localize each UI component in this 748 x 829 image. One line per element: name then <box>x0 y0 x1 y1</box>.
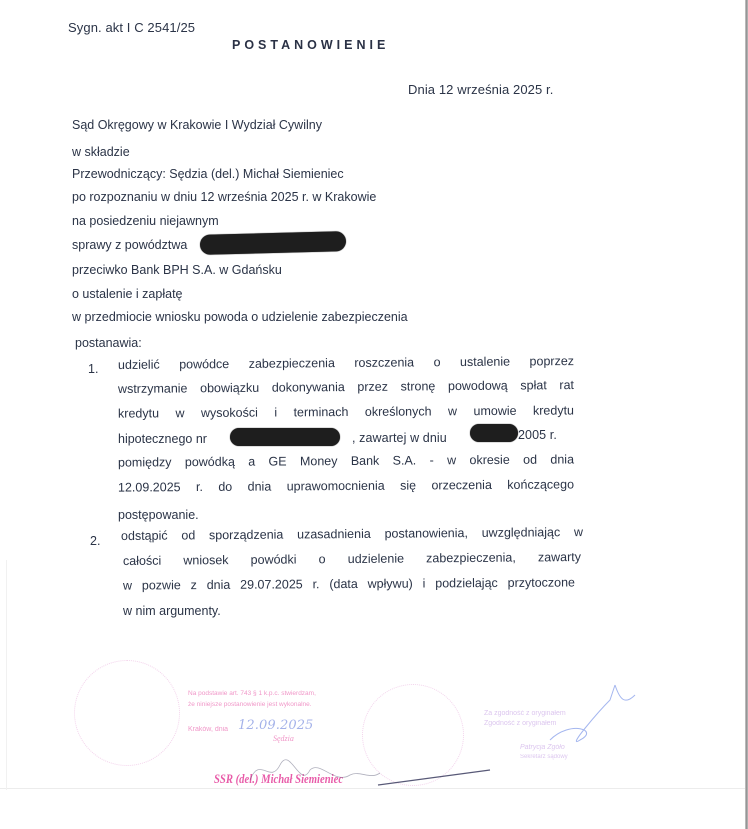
finality-date-handwritten: 12.09.2025 <box>238 718 313 733</box>
item-1-line4-end: 2005 r. <box>518 428 557 442</box>
finality-clause-line2: że niniejsze postanowienie jest wykonaln… <box>188 701 312 708</box>
item-1-line: pomiędzy powódką a GE Money Bank S.A. - … <box>118 452 574 469</box>
composition-label: w składzie <box>72 145 130 159</box>
decision-verb: postanawia: <box>75 336 142 350</box>
item-2-line: całości wniosek powódki o udzielenie zab… <box>123 550 581 568</box>
item-1-line: hipotecznego nr <box>118 432 207 446</box>
item-2-line: odstąpić od sporządzenia uzasadnienia po… <box>121 525 583 543</box>
item-1-line: postępowanie. <box>118 508 574 522</box>
redaction-contract-number <box>230 428 340 446</box>
item-1-line: udzielić powódce zabezpieczenia roszczen… <box>118 354 574 372</box>
item-1-line4-middle: , zawartej w dniu <box>352 431 447 445</box>
finality-clause-line1: Na podstawie art. 743 § 1 k.p.c. stwierd… <box>188 690 316 697</box>
document-date: Dnia 12 września 2025 r. <box>408 82 553 97</box>
court-name: Sąd Okręgowy w Krakowie I Wydział Cywiln… <box>72 118 322 132</box>
redaction-contract-date <box>470 424 518 442</box>
item-2-line: w pozwie z dnia 29.07.2025 r. (data wpły… <box>123 575 575 592</box>
defendant-line: przeciwko Bank BPH S.A. w Gdańsku <box>72 263 282 277</box>
presiding-judge: Przewodniczący: Sędzia (del.) Michał Sie… <box>72 167 344 181</box>
motion-subject: w przedmiocie wniosku powoda o udzieleni… <box>72 310 408 324</box>
item-1-line: wstrzymanie obowiązku dokonywania przez … <box>118 378 574 396</box>
session-type: na posiedzeniu niejawnym <box>72 214 219 228</box>
document-title: POSTANOWIENIE <box>232 38 389 52</box>
item-2-number: 2. <box>90 534 100 548</box>
plaintiff-line: sprawy z powództwa <box>72 238 187 252</box>
finality-place: Kraków, dnia <box>188 726 228 733</box>
claim-subject: o ustalenie i zapłatę <box>72 287 183 301</box>
court-seal-stamp-left <box>74 660 180 766</box>
hearing-info: po rozpoznaniu w dniu 12 września 2025 r… <box>72 190 376 204</box>
case-number: Sygn. akt I C 2541/25 <box>68 20 195 35</box>
item-1-line: kredytu w wysokości i terminach określon… <box>118 403 574 420</box>
item-1-line: 12.09.2025 r. do dnia uprawomocnienia si… <box>118 477 574 494</box>
item-1-number: 1. <box>88 362 98 376</box>
judge-signature <box>240 735 420 795</box>
redaction-plaintiff <box>200 231 346 255</box>
scan-artifact-line <box>6 560 7 790</box>
item-2-line: w nim argumenty. <box>123 604 221 618</box>
